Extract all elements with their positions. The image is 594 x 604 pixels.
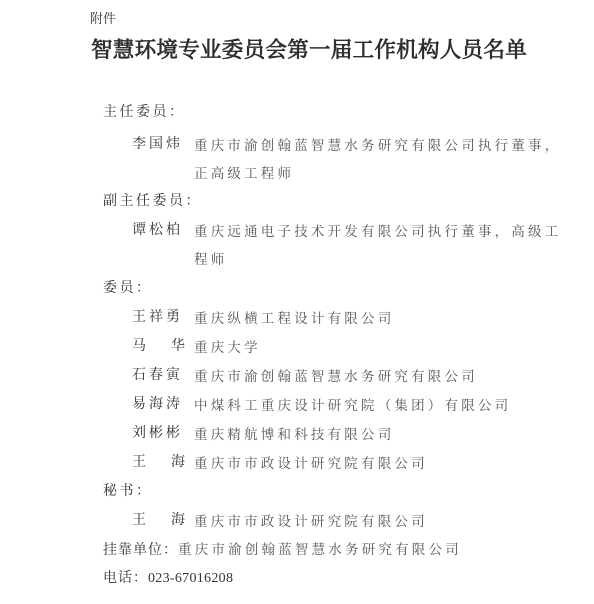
page-title: 智慧环境专业委员会第一届工作机构人员名单 [91,33,527,64]
member-name: 王祥勇 [132,306,188,326]
section-heading-director: 主任委员： [103,101,186,121]
member-org: 重庆市渝创翰蓝智慧水务研究有限公司执行董事， [194,134,561,154]
affiliation-line: 挂靠单位：重庆市渝创翰蓝智慧水务研究有限公司 [103,538,462,559]
phone-line: 电话：023-67016208 [103,567,233,587]
member-org: 中煤科工重庆设计研究院（集团）有限公司 [194,394,511,414]
member-name: 李国炜 [132,133,188,153]
name-char-1: 王 [132,509,149,529]
affiliation-label: 挂靠单位： [103,542,178,558]
name-char-2: 海 [171,509,188,529]
section-heading-deputy-director: 副主任委员： [103,190,202,210]
name-text: 王祥勇 [132,306,183,326]
member-name: 马华 [132,335,188,355]
section-heading-committee: 委员： [103,277,153,297]
phone-label: 电话： [103,570,148,586]
member-name: 刘彬彬 [132,422,188,442]
member-name: 王海 [132,509,188,529]
name-char-2: 海 [171,451,188,471]
member-org: 重庆精航博和科技有限公司 [194,423,394,443]
name-text: 谭松柏 [132,219,183,239]
member-org: 重庆远通电子技术开发有限公司执行董事，高级工 [194,220,561,240]
attachment-label: 附件 [90,8,116,27]
name-char-1: 王 [132,451,149,471]
member-org: 重庆纵横工程设计有限公司 [194,307,394,327]
member-org: 重庆大学 [194,336,261,356]
member-org: 重庆市市政设计研究院有限公司 [194,510,428,530]
member-org-continued: 正高级工程师 [194,162,294,182]
name-text: 刘彬彬 [132,422,183,442]
phone-value: 023-67016208 [148,571,233,586]
section-heading-secretary: 秘书： [103,480,153,500]
member-name: 谭松柏 [132,219,188,239]
name-text: 石春寅 [132,364,183,384]
member-org: 重庆市市政设计研究院有限公司 [194,452,428,472]
name-char-1: 马 [132,335,149,355]
name-text: 李国炜 [132,133,183,153]
name-text: 易海涛 [132,393,183,413]
member-org: 重庆市渝创翰蓝智慧水务研究有限公司 [194,365,478,385]
name-char-2: 华 [171,335,188,355]
member-name: 石春寅 [132,364,188,384]
member-name: 易海涛 [132,393,188,413]
member-name: 王海 [132,451,188,471]
member-org-continued: 程师 [194,248,227,268]
affiliation-value: 重庆市渝创翰蓝智慧水务研究有限公司 [178,542,462,558]
